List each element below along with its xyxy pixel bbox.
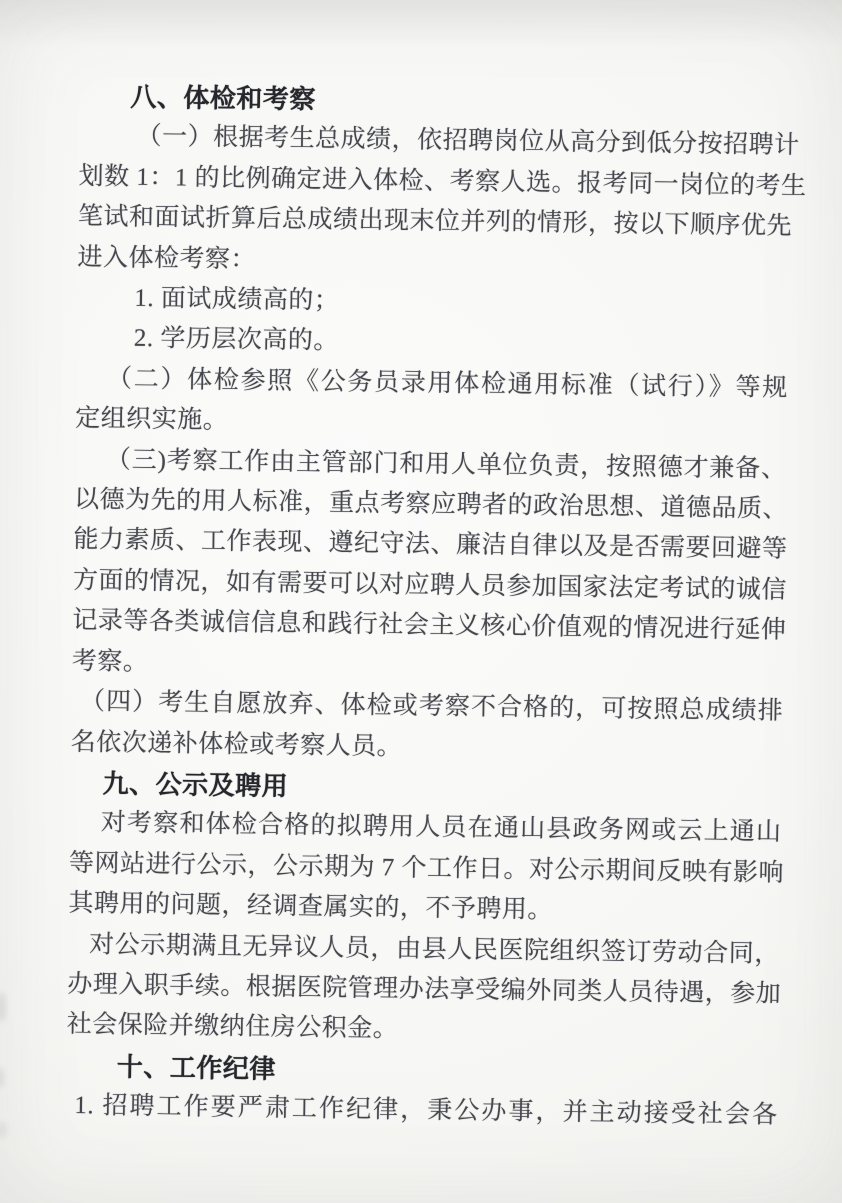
scanned-document-page: 八、体检和考察（一）根据考生总成绩，依招聘岗位从高分到低分按招聘计划数 1：1 … bbox=[0, 0, 842, 1203]
scan-artifact bbox=[0, 992, 6, 1022]
text-line: 1. 招聘工作要严肃工作纪律，秉公办事，并主动接受社会各 bbox=[65, 1086, 777, 1136]
document-text-block: 八、体检和考察（一）根据考生总成绩，依招聘岗位从高分到低分按招聘计划数 1：1 … bbox=[65, 76, 792, 1136]
scan-artifact bbox=[0, 1122, 7, 1138]
scan-artifact bbox=[0, 1068, 4, 1088]
